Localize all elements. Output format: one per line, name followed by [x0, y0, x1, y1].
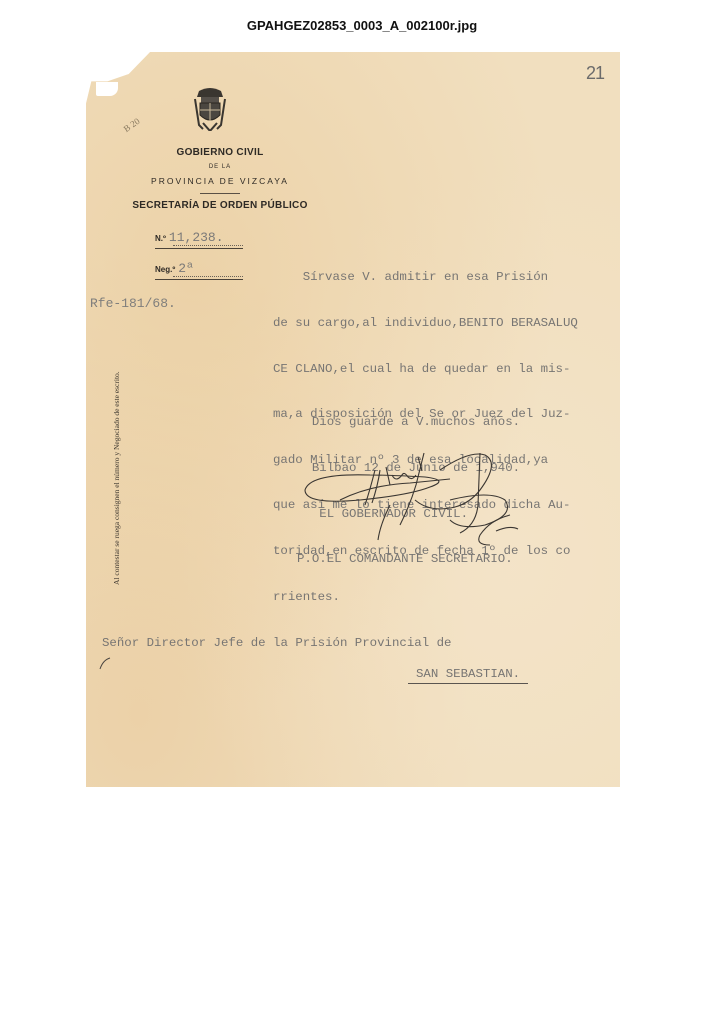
side-note-vertical: Al contestar se ruega consignen el númer… [112, 371, 121, 585]
file-name-caption: GPAHGEZ02853_0003_A_002100r.jpg [0, 18, 724, 33]
pen-stroke-mark [98, 656, 112, 670]
letterhead-divider [200, 193, 240, 194]
letterhead-de-la: DE LA [130, 164, 310, 170]
number-value: 11,238. [169, 230, 224, 245]
closing-line: Dios guarde a V.muchos años. [297, 415, 520, 430]
dotted-line [173, 245, 243, 246]
negociado-label: Neg.º [155, 265, 175, 274]
letterhead-provincia: PROVINCIA DE VIZCAYA [130, 176, 310, 186]
letterhead-secretaria: SECRETARÍA DE ORDEN PÚBLICO [130, 200, 310, 211]
body-line: de su cargo,al individuo,BENITO BERASALU… [273, 316, 578, 331]
number-field: N.º11,238. [155, 228, 243, 249]
addressee-line: Señor Director Jefe de la Prisión Provin… [102, 636, 451, 651]
body-line: CE CLANO,el cual ha de quedar en la mis- [273, 362, 578, 377]
body-line: Sírvase V. admitir en esa Prisión [273, 270, 578, 285]
number-label: N.º [155, 234, 166, 243]
body-line: rrientes. [273, 590, 578, 605]
dotted-line [173, 276, 243, 277]
torn-corner [96, 82, 118, 96]
letterhead-gobierno-civil: GOBIERNO CIVIL [130, 147, 310, 158]
negociado-field: Neg.º2ª [155, 259, 243, 280]
page-number: 21 [586, 63, 604, 84]
signature-icon [300, 445, 530, 555]
coat-of-arms-icon [193, 85, 227, 131]
reference-code: Rfe-181/68. [90, 296, 176, 311]
destination-city: SAN SEBASTIAN. [408, 667, 528, 684]
negociado-value: 2ª [178, 261, 194, 276]
